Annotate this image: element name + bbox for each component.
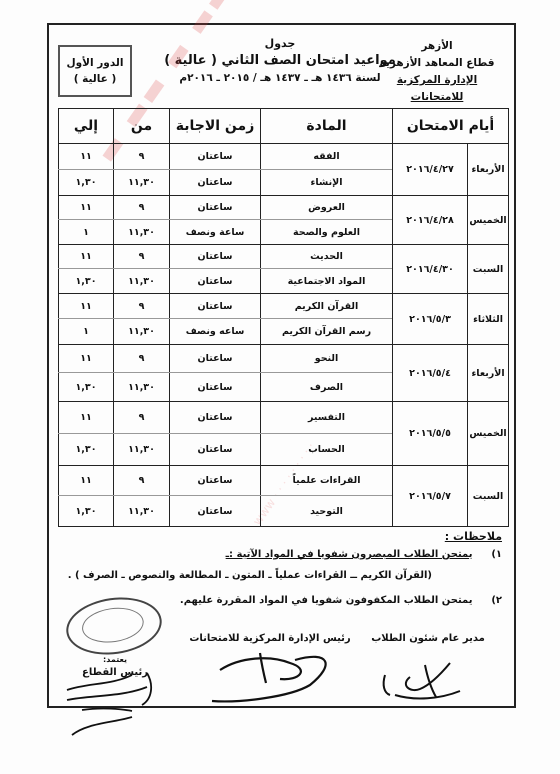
cell-duration: ساعتان — [170, 402, 261, 434]
note-item-1: ١) يمتحن الطلاب المبصرون شفويا في المواد… — [62, 549, 502, 560]
table-header-row: أيام الامتحان المادة زمن الاجابة من إلي — [59, 109, 509, 144]
cell-subject: المواد الاجتماعية — [261, 269, 393, 294]
cell-duration: ساعتان — [170, 496, 261, 527]
cell-day: الثلاثاء — [468, 294, 509, 345]
table-row: الأربعاء٢٠١٦/٥/٤النحوساعتان٩١١ — [59, 345, 509, 373]
cell-to: ١,٣٠ — [59, 269, 114, 294]
document-title: جدول مواعيد امتحان الصف الثاني ( عالية )… — [160, 36, 400, 86]
table-row: الأربعاء٢٠١٦/٤/٢٧الفقهساعتان٩١١ — [59, 144, 509, 170]
cell-duration: ساعه ونصف — [170, 319, 261, 345]
cell-date: ٢٠١٦/٥/٤ — [393, 345, 468, 402]
cell-subject: رسم القرآن الكريم — [261, 319, 393, 345]
cell-duration: ساعتان — [170, 196, 261, 220]
table-row: الخميس٢٠١٦/٤/٢٨العروضساعتان٩١١ — [59, 196, 509, 220]
cell-subject: الحساب — [261, 434, 393, 466]
cell-from: ٩ — [114, 245, 170, 269]
cell-to: ١١ — [59, 345, 114, 373]
cell-day: الأربعاء — [468, 345, 509, 402]
cell-from: ٩ — [114, 402, 170, 434]
cell-to: ١,٣٠ — [59, 496, 114, 527]
signature-sector-head — [62, 665, 162, 745]
note-number: ١) — [476, 549, 502, 560]
cell-duration: ساعتان — [170, 294, 261, 319]
cell-subject: الإنشاء — [261, 170, 393, 196]
cell-date: ٢٠١٦/٥/٥ — [393, 402, 468, 466]
col-header-to: إلي — [59, 109, 114, 144]
table-row: الخميس٢٠١٦/٥/٥التفسيرساعتان٩١١ — [59, 402, 509, 434]
col-header-from: من — [114, 109, 170, 144]
signature-label-exams-admin: رئيس الإدارة المركزية للامتحانات — [185, 633, 355, 644]
cell-duration: ساعتان — [170, 245, 261, 269]
cell-from: ١١,٣٠ — [114, 434, 170, 466]
cell-duration: ساعتان — [170, 345, 261, 373]
cell-to: ١١ — [59, 466, 114, 496]
cell-to: ١,٣٠ — [59, 170, 114, 196]
cell-to: ١١ — [59, 196, 114, 220]
cell-from: ٩ — [114, 196, 170, 220]
cell-subject: القرآن الكريم — [261, 294, 393, 319]
signature-student-affairs — [380, 655, 480, 705]
cell-from: ١١,٣٠ — [114, 170, 170, 196]
cell-duration: ساعتان — [170, 373, 261, 402]
cell-day: الخميس — [468, 196, 509, 245]
cell-date: ٢٠١٦/٤/٣٠ — [393, 245, 468, 294]
title-main: مواعيد امتحان الصف الثاني ( عالية ) — [160, 51, 400, 70]
cell-from: ١١,٣٠ — [114, 373, 170, 402]
cell-to: ١١ — [59, 294, 114, 319]
round-badge: الدور الأول ( عالية ) — [58, 45, 132, 97]
signature-exams-admin — [200, 645, 340, 705]
cell-subject: النحو — [261, 345, 393, 373]
cell-to: ١ — [59, 319, 114, 345]
cell-duration: ساعتان — [170, 466, 261, 496]
cell-duration: ساعة ونصف — [170, 220, 261, 245]
cell-duration: ساعتان — [170, 434, 261, 466]
cell-from: ٩ — [114, 466, 170, 496]
cell-to: ١١ — [59, 402, 114, 434]
table-row: السبت٢٠١٦/٥/٧القراءات علمياًساعتان٩١١ — [59, 466, 509, 496]
cell-date: ٢٠١٦/٤/٢٧ — [393, 144, 468, 196]
cell-to: ١١ — [59, 144, 114, 170]
cell-from: ١١,٣٠ — [114, 220, 170, 245]
cell-day: الخميس — [468, 402, 509, 466]
table-row: الثلاثاء٢٠١٦/٥/٣القرآن الكريمساعتان٩١١ — [59, 294, 509, 319]
cell-from: ١١,٣٠ — [114, 269, 170, 294]
note-number: ٢) — [476, 595, 502, 606]
cell-from: ٩ — [114, 345, 170, 373]
notes-title: ملاحظات : — [62, 530, 502, 543]
cell-from: ٩ — [114, 144, 170, 170]
cell-date: ٢٠١٦/٤/٢٨ — [393, 196, 468, 245]
round-level: ( عالية ) — [60, 71, 130, 87]
cell-to: ١١ — [59, 245, 114, 269]
cell-subject: الصرف — [261, 373, 393, 402]
note-text: يمتحن الطلاب المكفوفون شفويا في المواد ا… — [180, 595, 473, 606]
cell-from: ٩ — [114, 294, 170, 319]
document-page: الأزهر قطاع المعاهد الأزهرية الإدارة الم… — [0, 0, 560, 774]
cell-duration: ساعتان — [170, 269, 261, 294]
cell-to: ١ — [59, 220, 114, 245]
cell-duration: ساعتان — [170, 144, 261, 170]
col-header-subject: المادة — [261, 109, 393, 144]
cell-to: ١,٣٠ — [59, 434, 114, 466]
note-item-1-subjects: (القرآن الكريم ــ القراءات عملياً ـ المت… — [62, 570, 432, 581]
cell-from: ١١,٣٠ — [114, 496, 170, 527]
title-year: لسنة ١٤٣٦ هـ ـ ١٤٣٧ هـ / ٢٠١٥ ـ ٢٠١٦م — [160, 70, 400, 86]
cell-date: ٢٠١٦/٥/٣ — [393, 294, 468, 345]
stamp-inner-ring — [80, 604, 146, 646]
cell-subject: العروض — [261, 196, 393, 220]
cell-subject: الفقه — [261, 144, 393, 170]
cell-date: ٢٠١٦/٥/٧ — [393, 466, 468, 527]
approved-label: يعتمد: — [85, 655, 145, 664]
cell-day: السبت — [468, 245, 509, 294]
signature-label-student-affairs: مدير عام شئون الطلاب — [368, 633, 488, 644]
col-header-duration: زمن الاجابة — [170, 109, 261, 144]
col-header-exam-days: أيام الامتحان — [393, 109, 509, 144]
notes-section: ملاحظات : ١) يمتحن الطلاب المبصرون شفويا… — [62, 530, 502, 606]
title-schedule: جدول — [160, 36, 400, 51]
cell-from: ١١,٣٠ — [114, 319, 170, 345]
cell-subject: العلوم والصحة — [261, 220, 393, 245]
cell-day: السبت — [468, 466, 509, 527]
table-row: السبت٢٠١٦/٤/٣٠الحديثساعتان٩١١ — [59, 245, 509, 269]
cell-to: ١,٣٠ — [59, 373, 114, 402]
round-label: الدور الأول — [60, 55, 130, 71]
cell-subject: التوحيد — [261, 496, 393, 527]
exam-schedule-table: أيام الامتحان المادة زمن الاجابة من إلي … — [58, 108, 509, 527]
cell-day: الأربعاء — [468, 144, 509, 196]
cell-duration: ساعتان — [170, 170, 261, 196]
cell-subject: التفسير — [261, 402, 393, 434]
cell-subject: الحديث — [261, 245, 393, 269]
cell-subject: القراءات علمياً — [261, 466, 393, 496]
note-text: يمتحن الطلاب المبصرون شفويا في المواد ال… — [226, 549, 473, 560]
